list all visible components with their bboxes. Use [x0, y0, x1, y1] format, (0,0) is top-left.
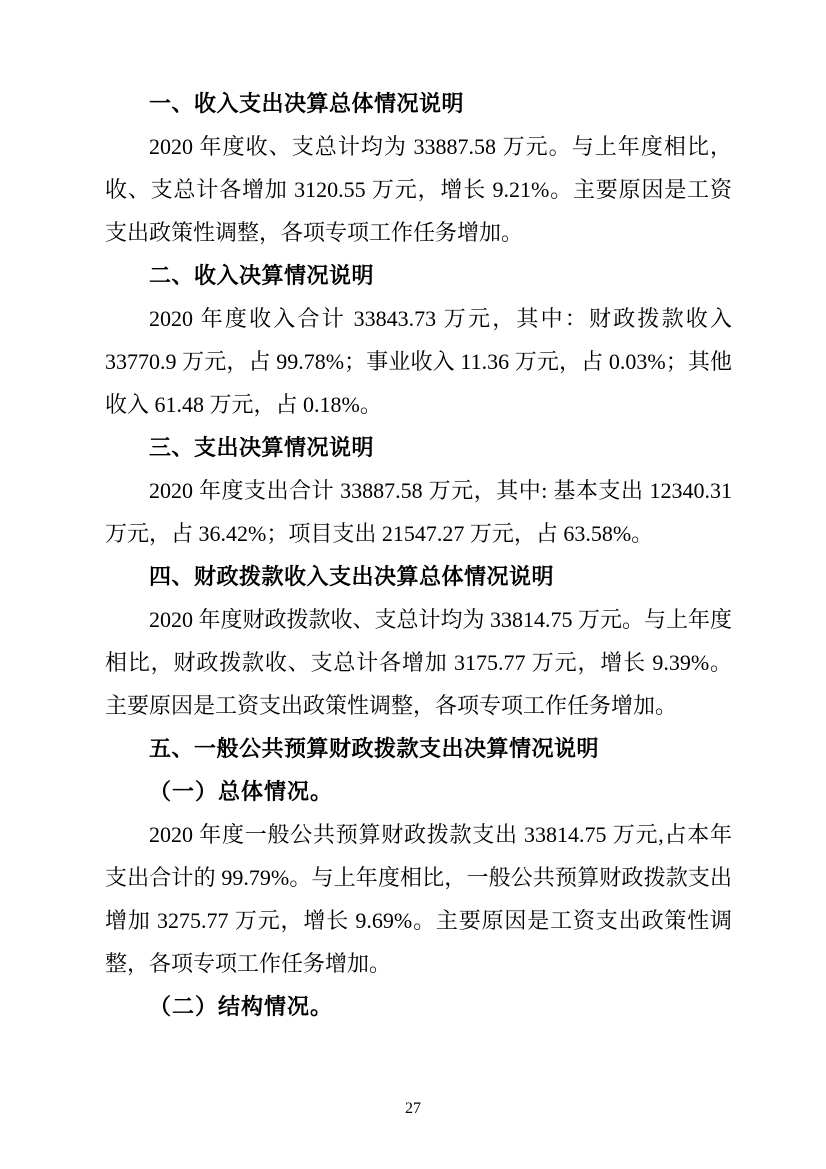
page-number: 27: [0, 1098, 826, 1120]
section-2-heading: 二、收入决算情况说明: [105, 254, 732, 297]
section-4-paragraph: 2020 年度财政拨款收、支总计均为 33814.75 万元。与上年度相比，财政…: [105, 598, 732, 727]
section-4-heading: 四、财政拨款收入支出决算总体情况说明: [105, 555, 732, 598]
subsection-5-2-heading: （二）结构情况。: [105, 985, 732, 1028]
section-5-heading: 五、一般公共预算财政拨款支出决算情况说明: [105, 727, 732, 770]
document-page: 一、收入支出决算总体情况说明 2020 年度收、支总计均为 33887.58 万…: [0, 0, 826, 1169]
subsection-5-1-paragraph: 2020 年度一般公共预算财政拨款支出 33814.75 万元,占本年支出合计的…: [105, 813, 732, 985]
section-3-paragraph: 2020 年度支出合计 33887.58 万元，其中: 基本支出 12340.3…: [105, 469, 732, 555]
subsection-5-1-heading: （一）总体情况。: [105, 770, 732, 813]
section-2-paragraph: 2020 年度收入合计 33843.73 万元，其中：财政拨款收入 33770.…: [105, 297, 732, 426]
section-1-paragraph: 2020 年度收、支总计均为 33887.58 万元。与上年度相比，收、支总计各…: [105, 125, 732, 254]
section-1-heading: 一、收入支出决算总体情况说明: [105, 82, 732, 125]
document-content: 一、收入支出决算总体情况说明 2020 年度收、支总计均为 33887.58 万…: [105, 82, 732, 1028]
section-3-heading: 三、支出决算情况说明: [105, 426, 732, 469]
